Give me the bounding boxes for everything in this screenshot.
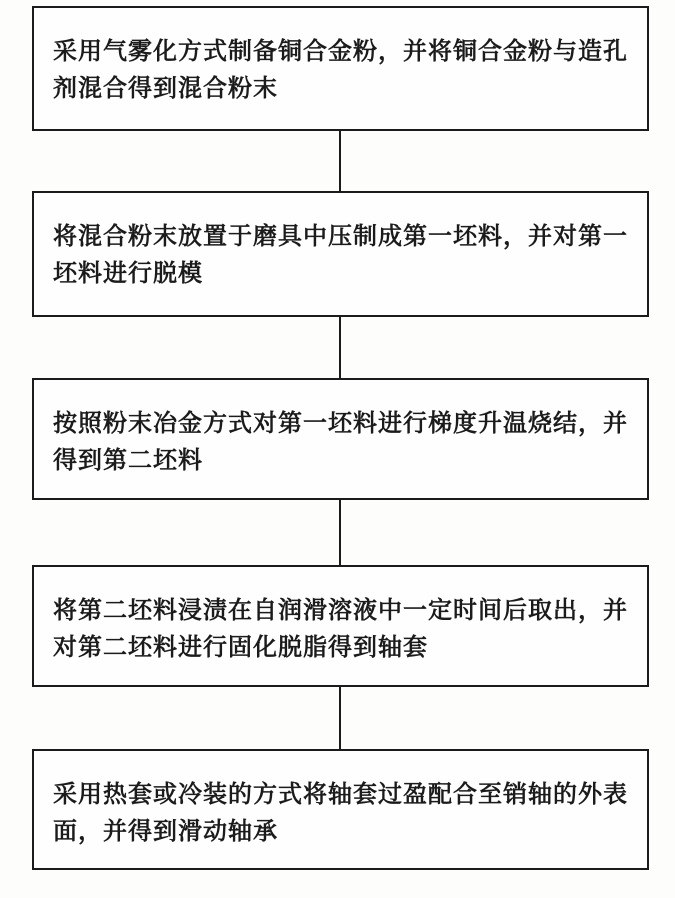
flow-step-2-box: 将混合粉末放置于磨具中压制成第一坯料，并对第一坯料进行脱模 bbox=[32, 191, 649, 317]
flow-step-3-box: 按照粉末冶金方式对第一坯料进行梯度升温烧结，并得到第二坯料 bbox=[32, 378, 649, 500]
flowchart-page: 采用气雾化方式制备铜合金粉，并将铜合金粉与造孔剂混合得到混合粉末 将混合粉末放置… bbox=[0, 0, 675, 898]
connector-line-2 bbox=[339, 317, 341, 378]
connector-line-3 bbox=[339, 500, 341, 565]
flow-step-4-box: 将第二坯料浸渍在自润滑溶液中一定时间后取出，并对第二坯料进行固化脱脂得到轴套 bbox=[32, 565, 649, 687]
connector-line-1 bbox=[339, 131, 341, 191]
flow-step-1-box: 采用气雾化方式制备铜合金粉，并将铜合金粉与造孔剂混合得到混合粉末 bbox=[32, 6, 649, 131]
flow-step-5-box: 采用热套或冷装的方式将轴套过盈配合至销轴的外表面，并得到滑动轴承 bbox=[32, 749, 649, 870]
connector-line-4 bbox=[339, 687, 341, 749]
